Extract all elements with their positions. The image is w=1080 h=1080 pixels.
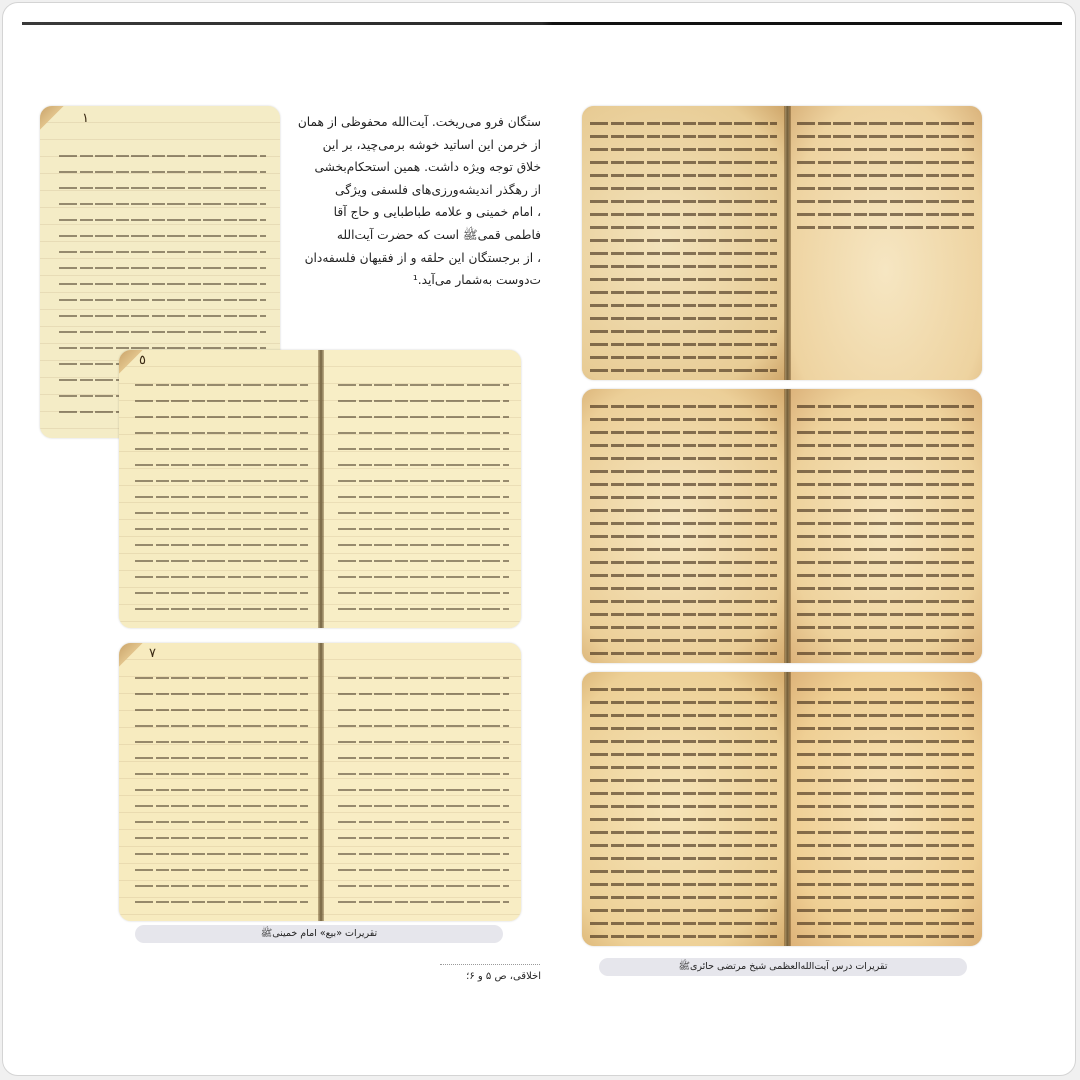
book-spine [318,350,324,628]
page-number: ١ [82,111,89,126]
book-spine [784,106,791,380]
folded-corner [119,643,145,669]
header-rule [22,22,1062,25]
figure-caption-left: تقریرات «بیع» امام خمینیﷺ [135,925,503,943]
text-line: ت‌دوست به‌شمار می‌آید.¹ [293,269,541,292]
text-line: ستگان فرو می‌ریخت. آیت‌الله محفوظی از هم… [293,111,541,134]
footnote-divider [440,964,540,965]
text-line: از خرمن این اساتید خوشه برمی‌چید، بر این [293,134,541,157]
manuscript-scan-notebook-2 [582,389,982,663]
text-line: فاطمی قمی‌ﷺ است که حضرت آیت‌الله [293,224,541,247]
page-number: ٧ [149,646,156,661]
book-spine [318,643,324,921]
document-page: ١ ٥ ٧ تقریرات «بیع» امام خمینیﷺ ستگان فر… [2,2,1076,1076]
footnote: اخلاقی، ص ۵ و ۶؛ [423,971,541,982]
manuscript-scan-page-7: ٧ [119,643,521,921]
book-spine [784,672,791,946]
figure-caption-right: تقریرات درس آیت‌الله‌العظمی شیخ مرتضی حا… [599,958,967,976]
manuscript-scan-page-5: ٥ [119,350,521,628]
article-body-text: ستگان فرو می‌ریخت. آیت‌الله محفوظی از هم… [293,111,541,296]
page-number: ٥ [139,353,146,368]
text-line: ، امام خمینی و علامه طباطبایی و حاج آقا [293,201,541,224]
manuscript-scan-notebook-1 [582,106,982,380]
text-line: از رهگذر اندیشه‌ورزی‌های فلسفی ویژگی [293,179,541,202]
book-spine [784,389,791,663]
text-line: خلاق توجه ویژه داشت. همین استحکام‌بخشی [293,156,541,179]
text-line: ، از برجستگان این حلقه و از فقیهان فلسفه… [293,247,541,270]
folded-corner [40,106,66,132]
manuscript-scan-notebook-3 [582,672,982,946]
